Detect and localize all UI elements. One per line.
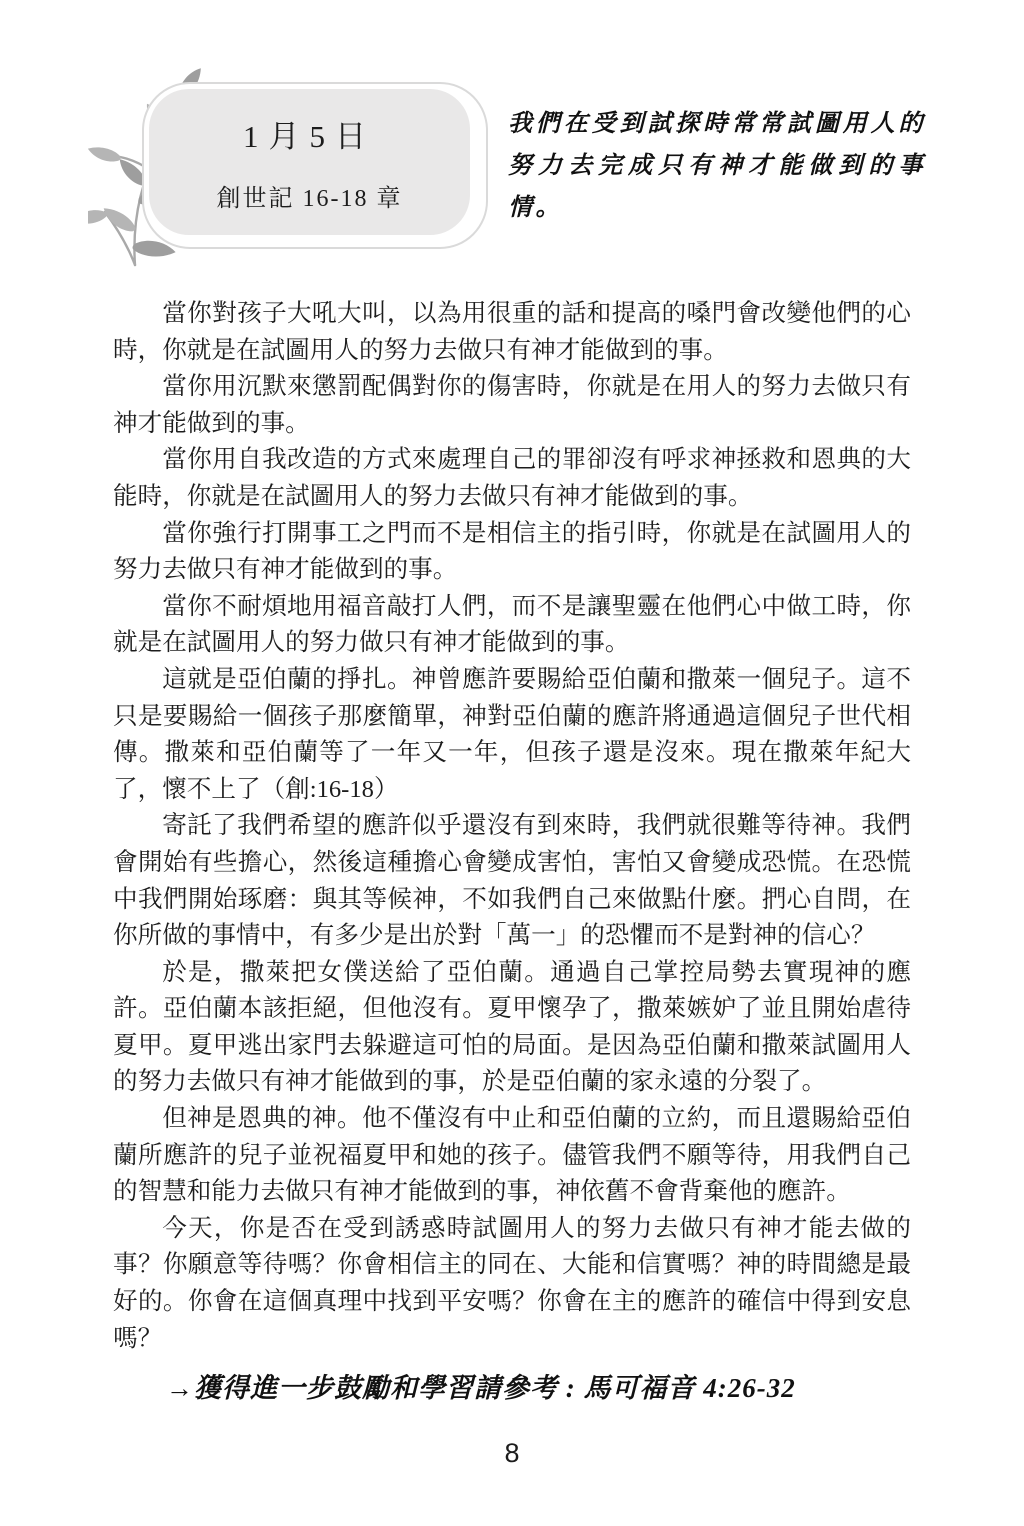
further-study-reference: →獲得進一步鼓勵和學習請參考 : 馬可福音 4:26-32 (166, 1366, 796, 1405)
scripture-passage: 創世記 16-18 章 (217, 178, 403, 213)
devotional-body: 當你對孩子大吼大叫，以為用很重的話和提高的嗓門會改變他們的心時，你就是在試圖用人… (113, 296, 911, 1357)
paragraph: 當你不耐煩地用福音敲打人們，而不是讓聖靈在他們心中做工時，你就是在試圖用人的努力… (113, 589, 911, 662)
date-heading: 1月5日 (243, 111, 376, 156)
paragraph: 當你用沉默來懲罰配偶對你的傷害時，你就是在用人的努力去做只有神才能做到的事。 (113, 369, 911, 442)
paragraph: 當你強行打開事工之門而不是相信主的指引時，你就是在試圖用人的努力去做只有神才能做… (113, 516, 911, 589)
paragraph: 但神是恩典的神。他不僅沒有中止和亞伯蘭的立約，而且還賜給亞伯蘭所應許的兒子並祝福… (113, 1101, 911, 1211)
paragraph: 這就是亞伯蘭的掙扎。神曾應許要賜給亞伯蘭和撒萊一個兒子。這不只是要賜給一個孩子那… (113, 662, 911, 808)
paragraph: 於是，撒萊把女僕送給了亞伯蘭。通過自己掌控局勢去實現神的應許。亞伯蘭本該拒絕，但… (113, 955, 911, 1101)
paragraph: 寄託了我們希望的應許似乎還沒有到來時，我們就很難等待神。我們會開始有些擔心，然後… (113, 808, 911, 954)
paragraph: 當你對孩子大吼大叫，以為用很重的話和提高的嗓門會改變他們的心時，你就是在試圖用人… (113, 296, 911, 369)
devotional-page: { "header": { "date": "1月5日", "passage":… (0, 0, 1024, 1526)
paragraph: 當你用自我改造的方式來處理自己的罪卻沒有呼求神拯救和恩典的大能時，你就是在試圖用… (113, 442, 911, 515)
header-date-box-fill: 1月5日 創世記 16-18 章 (149, 89, 470, 235)
header-date-box: 1月5日 創世記 16-18 章 (142, 82, 488, 249)
theme-verse: 我們在受到試探時常常試圖用人的努力去完成只有神才能做到的事情。 (508, 103, 926, 229)
paragraph: 今天，你是否在受到誘惑時試圖用人的努力去做只有神才能去做的事？你願意等待嗎？你會… (113, 1211, 911, 1357)
page-number: 8 (0, 1438, 1024, 1469)
